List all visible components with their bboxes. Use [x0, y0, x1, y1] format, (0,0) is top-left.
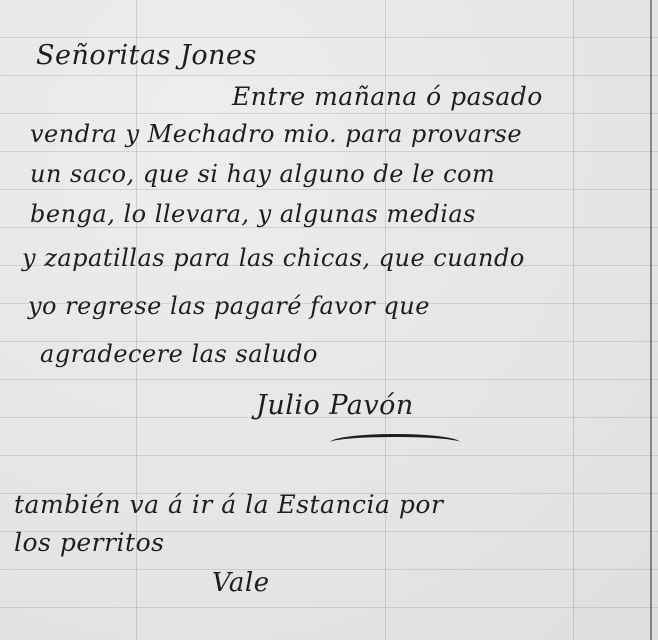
body-line: yo regrese las pagaré favor que [28, 292, 430, 320]
letter-page: Señoritas Jones Entre mañana ó pasado ve… [0, 0, 658, 640]
ruled-margin-line [573, 0, 574, 640]
postscript-line: los perritos [14, 528, 164, 557]
body-line: benga, lo llevara, y algunas medias [30, 200, 476, 228]
closing: Vale [212, 568, 270, 598]
body-line: y zapatillas para las chicas, que cuando [22, 244, 525, 272]
body-line: vendra y Mechadro mio. para provarse [30, 120, 522, 148]
page-edge [650, 0, 652, 640]
body-line: agradecere las saludo [40, 340, 318, 368]
signature-flourish [330, 434, 460, 451]
body-line: un saco, que si hay alguno de le com [30, 160, 495, 188]
signature: Julio Pavón [256, 390, 414, 421]
body-line: Entre mañana ó pasado [232, 82, 543, 111]
postscript-line: también va á ir á la Estancia por [14, 490, 443, 519]
salutation: Señoritas Jones [36, 40, 257, 71]
